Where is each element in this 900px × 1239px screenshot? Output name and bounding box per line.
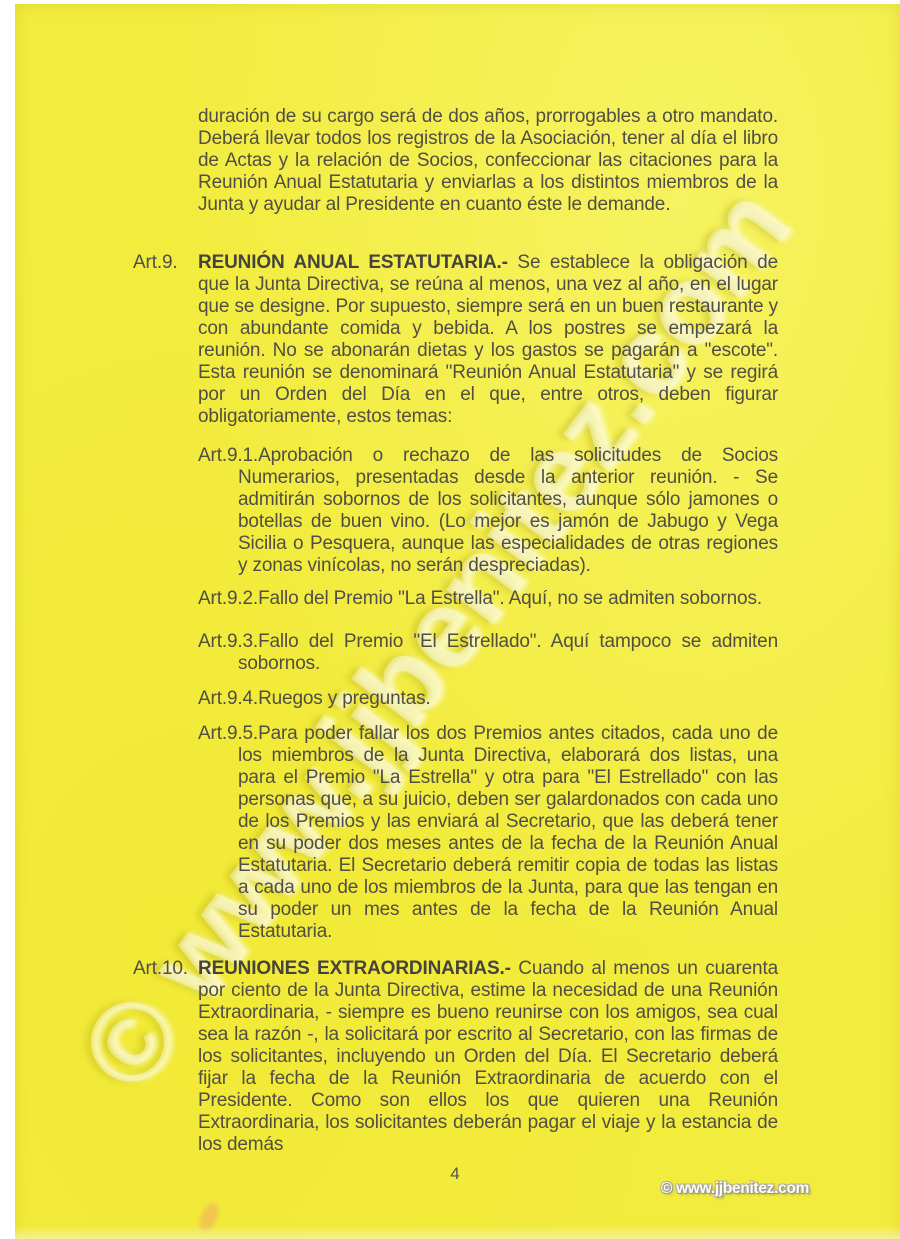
article-9-5-label: Art.9.5. [198,723,258,744]
article-10-paragraph: REUNIONES EXTRAORDINARIAS.- Cuando al me… [198,958,778,1156]
article-9-4-paragraph: Art.9.4.Ruegos y preguntas. [198,688,778,710]
article-9-1-paragraph: Art.9.1.Aprobación o rechazo de las soli… [198,445,778,577]
intro-paragraph: duración de su cargo será de dos años, p… [198,106,778,216]
scanned-document-page: © www.jjbenitez.com duración de su cargo… [0,0,900,1239]
article-9-2-label: Art.9.2. [198,588,258,609]
article-9-4-body: Ruegos y preguntas. [258,688,430,709]
paper-sheet: © www.jjbenitez.com duración de su cargo… [15,4,900,1239]
article-9-label: Art.9. [133,252,178,274]
article-9-2-paragraph: Art.9.2.Fallo del Premio "La Estrella". … [198,588,778,610]
article-9-3-label: Art.9.3. [198,631,258,652]
footer-copyright-watermark: © www.jjbenitez.com [661,1180,809,1198]
article-9-heading: REUNIÓN ANUAL ESTATUTARIA.- [198,252,508,273]
page-number: 4 [440,1164,470,1184]
article-10-heading: REUNIONES EXTRAORDINARIAS.- [198,958,511,979]
article-10-label: Art.10. [133,958,188,980]
article-9-1-body: Aprobación o rechazo de las solicitudes … [238,445,778,576]
article-9-5-body: Para poder fallar los dos Premios antes … [238,723,778,942]
article-10-body: Cuando al menos un cuarenta por ciento d… [198,958,778,1155]
article-9-1-label: Art.9.1. [198,445,258,466]
article-9-3-paragraph: Art.9.3.Fallo del Premio "El Estrellado"… [198,631,778,675]
article-9-5-paragraph: Art.9.5.Para poder fallar los dos Premio… [198,723,778,943]
scan-smudge-artifact [196,1200,223,1234]
article-9-2-body: Fallo del Premio "La Estrella". Aquí, no… [258,588,762,609]
article-9-paragraph: REUNIÓN ANUAL ESTATUTARIA.- Se establece… [198,252,778,428]
article-9-body: Se establece la obligación de que la Jun… [198,252,778,427]
article-9-3-body: Fallo del Premio "El Estrellado". Aquí t… [238,631,778,674]
article-9-4-label: Art.9.4. [198,688,258,709]
